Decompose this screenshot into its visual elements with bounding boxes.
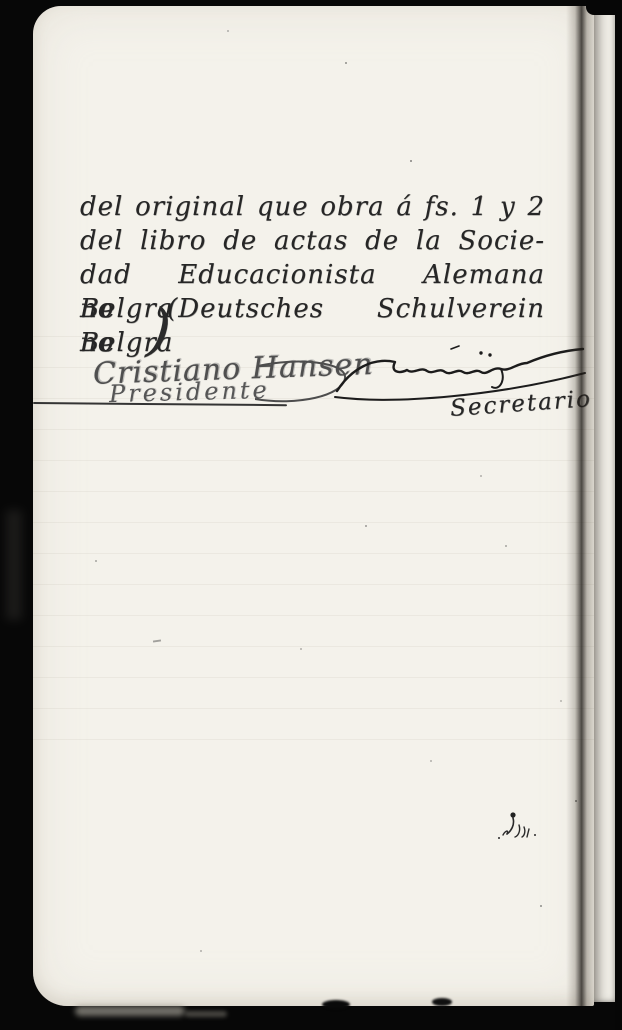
handwritten-line-2: del libro de actas de la Socie- [80,224,545,258]
document-page: del original que obra á fs. 1 y 2 del li… [33,6,594,1006]
right-black-edge [615,0,622,1030]
adjacent-page-edge [594,8,617,1002]
bottom-edge-notch [432,998,452,1006]
closing-parenthesis: ) [146,309,174,351]
scanned-document: del original que obra á fs. 1 y 2 del li… [0,0,622,1030]
page-fold-crease [566,6,596,1006]
handwritten-word: no [80,326,114,360]
bottom-edge-smudge [185,1011,227,1017]
bottom-edge-notch [322,1000,350,1009]
handwritten-line-3: dad Educacionista Alemana Belgra [80,258,545,292]
ink-scribble-mark [492,806,542,851]
handwritten-text-block: del original que obra á fs. 1 y 2 del li… [80,190,545,360]
dust-specks [33,6,35,8]
left-border-smudge [6,510,22,620]
pencil-dash-mark [153,639,161,642]
handwritten-line-1: del original que obra á fs. 1 y 2 [80,190,545,224]
bottom-edge-smudge [75,1006,185,1016]
top-right-black-corner [586,0,622,15]
